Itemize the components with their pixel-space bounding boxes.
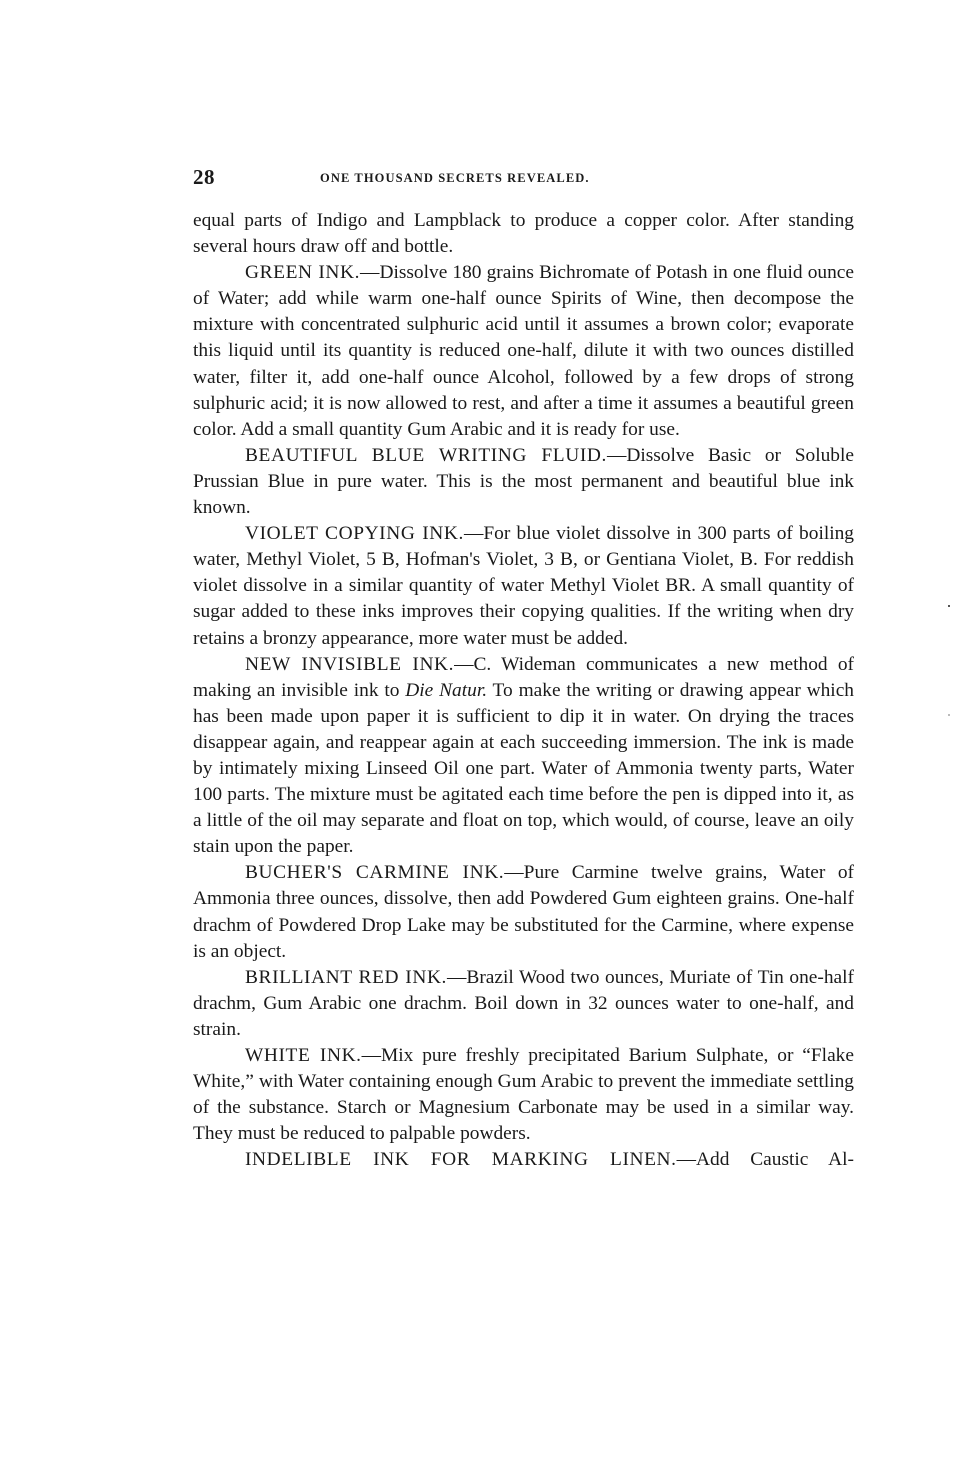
paragraph-blue-writing-fluid: BEAUTIFUL BLUE WRITING FLUID.—Dissolve B… bbox=[193, 443, 854, 521]
paragraph-new-invisible-ink: NEW INVISIBLE INK.—C. Wideman communicat… bbox=[193, 652, 854, 861]
paragraph-white-ink: WHITE INK.—Mix pure freshly precipitated… bbox=[193, 1043, 854, 1147]
paragraph-text: equal parts of Indigo and Lampblack to p… bbox=[193, 210, 854, 257]
entry-title: BRILLIANT RED INK. bbox=[245, 967, 447, 988]
paragraph-green-ink: GREEN INK.—Dissolve 180 grains Bichromat… bbox=[193, 260, 854, 443]
body-text: equal parts of Indigo and Lampblack to p… bbox=[193, 208, 854, 1173]
publication-title: Die Natur. bbox=[405, 680, 487, 701]
page-number: 28 bbox=[193, 165, 215, 190]
scan-speck bbox=[948, 605, 950, 607]
paragraph-text: To make the writing or drawing appear wh… bbox=[193, 680, 854, 858]
entry-title: INDELIBLE INK FOR MARKING LINEN. bbox=[245, 1149, 677, 1170]
entry-title: NEW INVISIBLE INK. bbox=[245, 654, 454, 675]
paragraph-text: —Dissolve 180 grains Bichromate of Potas… bbox=[193, 262, 854, 440]
entry-title: VIOLET COPYING INK. bbox=[245, 523, 464, 544]
entry-title: BEAUTIFUL BLUE WRITING FLUID. bbox=[245, 445, 607, 466]
paragraph-buchers-carmine-ink: BUCHER'S CARMINE INK.—Pure Carmine twelv… bbox=[193, 860, 854, 964]
running-title: ONE THOUSAND SECRETS REVEALED. bbox=[320, 171, 590, 186]
entry-title: BUCHER'S CARMINE INK. bbox=[245, 862, 504, 883]
paragraph-indelible-ink-for-marking-linen: INDELIBLE INK FOR MARKING LINEN.—Add Cau… bbox=[193, 1147, 854, 1173]
paragraph-text: —Add Caustic Al- bbox=[677, 1149, 854, 1170]
entry-title: WHITE INK. bbox=[245, 1045, 362, 1066]
scan-speck bbox=[948, 714, 950, 716]
running-head: 28 ONE THOUSAND SECRETS REVEALED. bbox=[193, 163, 854, 193]
entry-title: GREEN INK. bbox=[245, 262, 360, 283]
book-page: 28 ONE THOUSAND SECRETS REVEALED. equal … bbox=[193, 163, 854, 1173]
paragraph-brilliant-red-ink: BRILLIANT RED INK.—Brazil Wood two ounce… bbox=[193, 965, 854, 1043]
paragraph-violet-copying-ink: VIOLET COPYING INK.—For blue violet diss… bbox=[193, 521, 854, 651]
paragraph-continued-from-previous-page: equal parts of Indigo and Lampblack to p… bbox=[193, 208, 854, 260]
